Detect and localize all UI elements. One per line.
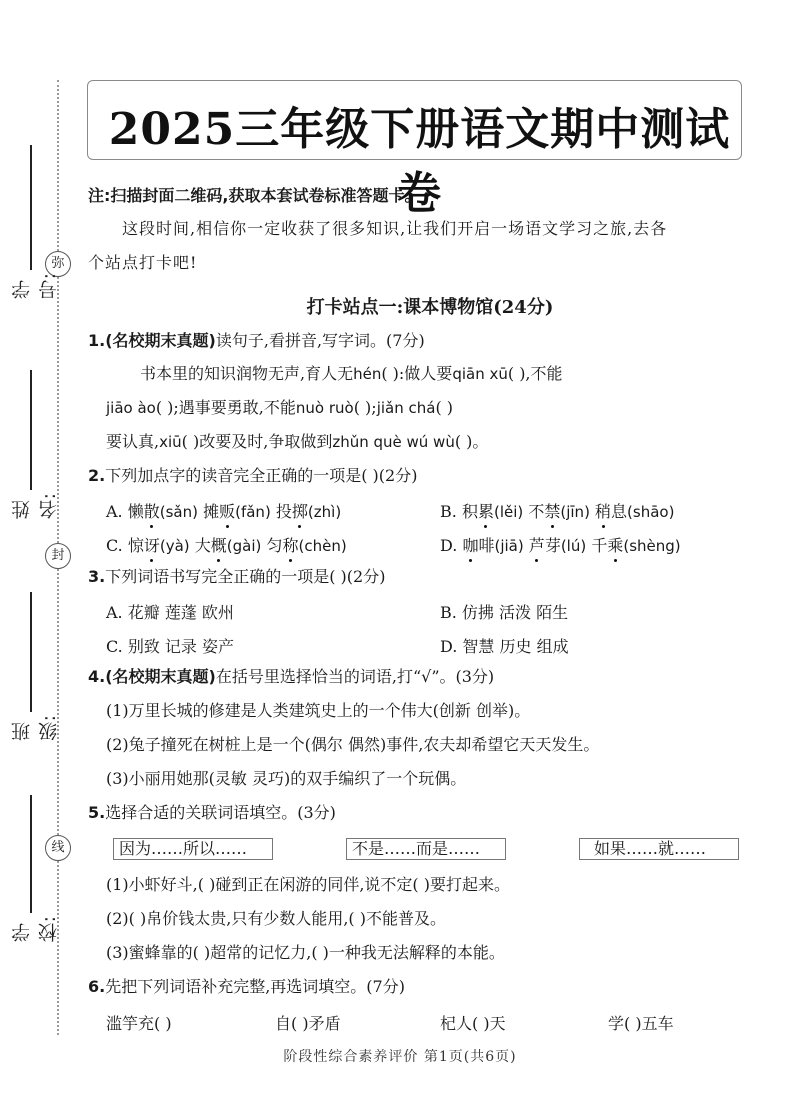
pinyin: (jiā) bbox=[494, 537, 523, 555]
question-1-line-3: 要认真,xiū( )改要及时,争取做到zhǔn què wú wù( )。 bbox=[106, 432, 488, 452]
dotted-char: 累 bbox=[478, 499, 494, 522]
pinyin: (shāo) bbox=[627, 503, 674, 521]
answer-blank[interactable]: ( ):做人要 bbox=[381, 364, 452, 384]
char: 懒 bbox=[128, 502, 144, 521]
option-letter: C. bbox=[106, 536, 123, 555]
q4-item-3[interactable]: (3)小丽用她那(灵敏 灵巧)的双手编织了一个玩偶。 bbox=[106, 769, 466, 789]
question-prompt: 选择合适的关联词语填空。(3分) bbox=[105, 803, 336, 822]
dotted-char: 掷 bbox=[292, 499, 308, 522]
option-letter: A. bbox=[106, 502, 123, 521]
answer-blank[interactable]: ( )改要及时,争取做到 bbox=[182, 432, 333, 452]
pinyin: (lú) bbox=[561, 537, 586, 555]
pinyin: (jīn) bbox=[560, 503, 590, 521]
pinyin: (yà) bbox=[160, 537, 190, 555]
char: 惊 bbox=[128, 536, 144, 555]
pinyin: (shèng) bbox=[623, 537, 680, 555]
title-box: 2025三年级下册语文期中测试卷 bbox=[87, 80, 742, 160]
seal-feng: 封 bbox=[45, 543, 71, 569]
question-3-header: 3.下列词语书写完全正确的一项是( )(2分) bbox=[88, 567, 385, 587]
q6-word-2[interactable]: 自( )矛盾 bbox=[275, 1011, 341, 1034]
char: 芽 bbox=[545, 536, 561, 555]
answer-blank[interactable]: ( ),不能 bbox=[508, 364, 563, 384]
char: 投 bbox=[276, 502, 292, 521]
pinyin: nuò ruò bbox=[296, 399, 354, 417]
question-number: 1. bbox=[88, 331, 105, 350]
option-letter: D. bbox=[440, 536, 457, 555]
pinyin: zhǔn què wú wù bbox=[332, 433, 455, 451]
question-number: 2. bbox=[88, 466, 105, 485]
dotted-char: 称 bbox=[283, 533, 299, 556]
question-5-header: 5.选择合适的关联词语填空。(3分) bbox=[88, 803, 336, 823]
q2-option-b[interactable]: B. 积累(lěi) 不禁(jīn) 稍息(shāo) bbox=[440, 499, 674, 522]
scan-note: 注:扫描封面二维码,获取本套试卷标准答题卡。 bbox=[88, 186, 420, 206]
pinyin: xiū bbox=[159, 433, 182, 451]
section-heading-station-1: 打卡站点一:课本博物馆(24分) bbox=[0, 293, 800, 319]
pinyin: (fǎn) bbox=[235, 503, 271, 521]
question-1-header: 1.(名校期末真题)读句子,看拼音,写字词。(7分) bbox=[88, 331, 425, 351]
page-footer: 阶段性综合素养评价 第1页(共6页) bbox=[0, 1046, 800, 1066]
answer-blank[interactable]: ( )。 bbox=[455, 432, 489, 452]
q2-option-c[interactable]: C. 惊讶(yà) 大概(gài) 匀称(chèn) bbox=[106, 533, 347, 556]
name-underline[interactable] bbox=[30, 370, 32, 490]
q4-item-2[interactable]: (2)兔子撞死在树桩上是一个(偶尔 偶然)事件,农夫却希望它天天发生。 bbox=[106, 735, 599, 755]
question-number: 5. bbox=[88, 803, 105, 822]
pinyin: jiǎn chá bbox=[377, 399, 436, 417]
pinyin: (lěi) bbox=[494, 503, 523, 521]
char: 啡 bbox=[478, 536, 494, 555]
question-2-header: 2.下列加点字的读音完全正确的一项是( )(2分) bbox=[88, 466, 417, 486]
pinyin: (gài) bbox=[227, 537, 262, 555]
dotted-char: 讶 bbox=[144, 533, 160, 556]
q3-option-b[interactable]: B. 仿拂 活泼 陌生 bbox=[440, 600, 568, 623]
name-label: 姓名: bbox=[8, 492, 38, 519]
char: 积 bbox=[462, 502, 478, 521]
question-tag: (名校期末真题) bbox=[105, 331, 216, 350]
school-label: 学校: bbox=[8, 915, 38, 942]
question-number: 4. bbox=[88, 667, 105, 686]
q5-item-1[interactable]: (1)小虾好斗,( )碰到正在闲游的同伴,说不定( )要打起来。 bbox=[106, 875, 510, 895]
pinyin: qiān xū bbox=[452, 365, 508, 383]
char: 大 bbox=[195, 536, 211, 555]
char: 不 bbox=[528, 502, 544, 521]
dotted-char: 概 bbox=[211, 533, 227, 556]
char: 摊 bbox=[203, 502, 219, 521]
class-underline[interactable] bbox=[30, 592, 32, 712]
pinyin: (zhì) bbox=[308, 503, 341, 521]
q6-word-3[interactable]: 杞人( )天 bbox=[440, 1011, 506, 1034]
conjunction-choice-3: 如果……就…… bbox=[579, 838, 739, 860]
answer-blank[interactable]: ( ) bbox=[435, 398, 453, 418]
dotted-char: 贩 bbox=[219, 499, 235, 522]
dotted-char: 芦 bbox=[529, 533, 545, 556]
dotted-char: 散 bbox=[144, 499, 160, 522]
text: 书本里的知识润物无声,育人无 bbox=[140, 364, 353, 383]
char: 匀 bbox=[266, 536, 282, 555]
dotted-char: 稍 bbox=[595, 499, 611, 522]
answer-blank[interactable]: ( );遇事要勇敢,不能 bbox=[156, 398, 296, 418]
pinyin: (sǎn) bbox=[160, 503, 198, 521]
question-prompt: 先把下列词语补充完整,再选词填空。(7分) bbox=[105, 977, 405, 996]
conjunction-choice-1: 因为……所以…… bbox=[113, 838, 273, 860]
q3-option-a[interactable]: A. 花瓣 莲蓬 欧州 bbox=[106, 600, 234, 623]
intro-line-2: 个站点打卡吧! bbox=[88, 253, 197, 273]
pinyin: hén bbox=[353, 365, 381, 383]
char: 息 bbox=[611, 502, 627, 521]
question-prompt: 下列加点字的读音完全正确的一项是( )(2分) bbox=[105, 466, 417, 485]
dotted-char: 乘 bbox=[607, 533, 623, 556]
school-underline[interactable] bbox=[30, 795, 32, 913]
question-prompt: 读句子,看拼音,写字词。(7分) bbox=[216, 331, 425, 350]
intro-line-1: 这段时间,相信你一定收获了很多知识,让我们开启一场语文学习之旅,去各 bbox=[122, 219, 667, 239]
answer-blank[interactable]: ( ); bbox=[354, 398, 377, 418]
q3-option-d[interactable]: D. 智慧 历史 组成 bbox=[440, 634, 569, 657]
q5-item-3[interactable]: (3)蜜蜂靠的( )超常的记忆力,( )一种我无法解释的本能。 bbox=[106, 943, 505, 963]
conjunction-choice-2: 不是……而是…… bbox=[346, 838, 506, 860]
q6-word-4[interactable]: 学( )五车 bbox=[608, 1011, 674, 1034]
q2-option-a[interactable]: A. 懒散(sǎn) 摊贩(fǎn) 投掷(zhì) bbox=[106, 499, 341, 522]
question-1-line-1: 书本里的知识润物无声,育人无hén( ):做人要qiān xū( ),不能 bbox=[140, 364, 563, 384]
q2-option-d[interactable]: D. 咖啡(jiā) 芦芽(lú) 千乘(shèng) bbox=[440, 533, 681, 556]
question-6-header: 6.先把下列词语补充完整,再选词填空。(7分) bbox=[88, 977, 405, 997]
question-4-header: 4.(名校期末真题)在括号里选择恰当的词语,打“√”。(3分) bbox=[88, 667, 494, 687]
student-id-underline[interactable] bbox=[30, 145, 32, 270]
question-1-line-2: jiāo ào( );遇事要勇敢,不能nuò ruò( );jiǎn chá( … bbox=[106, 398, 453, 418]
question-number: 3. bbox=[88, 567, 105, 586]
dotted-char: 咖 bbox=[462, 533, 478, 556]
char: 千 bbox=[591, 536, 607, 555]
pinyin: jiāo ào bbox=[106, 399, 156, 417]
q4-item-1[interactable]: (1)万里长城的修建是人类建筑史上的一个伟大(创新 创举)。 bbox=[106, 701, 530, 721]
question-tag: (名校期末真题) bbox=[105, 667, 216, 686]
q6-word-1[interactable]: 滥竽充( ) bbox=[106, 1011, 172, 1034]
question-number: 6. bbox=[88, 977, 105, 996]
dotted-char: 禁 bbox=[544, 499, 560, 522]
option-letter: B. bbox=[440, 502, 457, 521]
pinyin: (chèn) bbox=[299, 537, 347, 555]
question-prompt: 在括号里选择恰当的词语,打“√”。(3分) bbox=[216, 667, 494, 686]
question-prompt: 下列词语书写完全正确的一项是( )(2分) bbox=[105, 567, 385, 586]
text: 要认真, bbox=[106, 432, 159, 451]
class-label: 班级: bbox=[8, 714, 38, 741]
seal-xian: 线 bbox=[45, 835, 71, 861]
q3-option-c[interactable]: C. 别致 记录 姿产 bbox=[106, 634, 234, 657]
q5-item-2[interactable]: (2)( )帛价钱太贵,只有少数人能用,( )不能普及。 bbox=[106, 909, 446, 929]
